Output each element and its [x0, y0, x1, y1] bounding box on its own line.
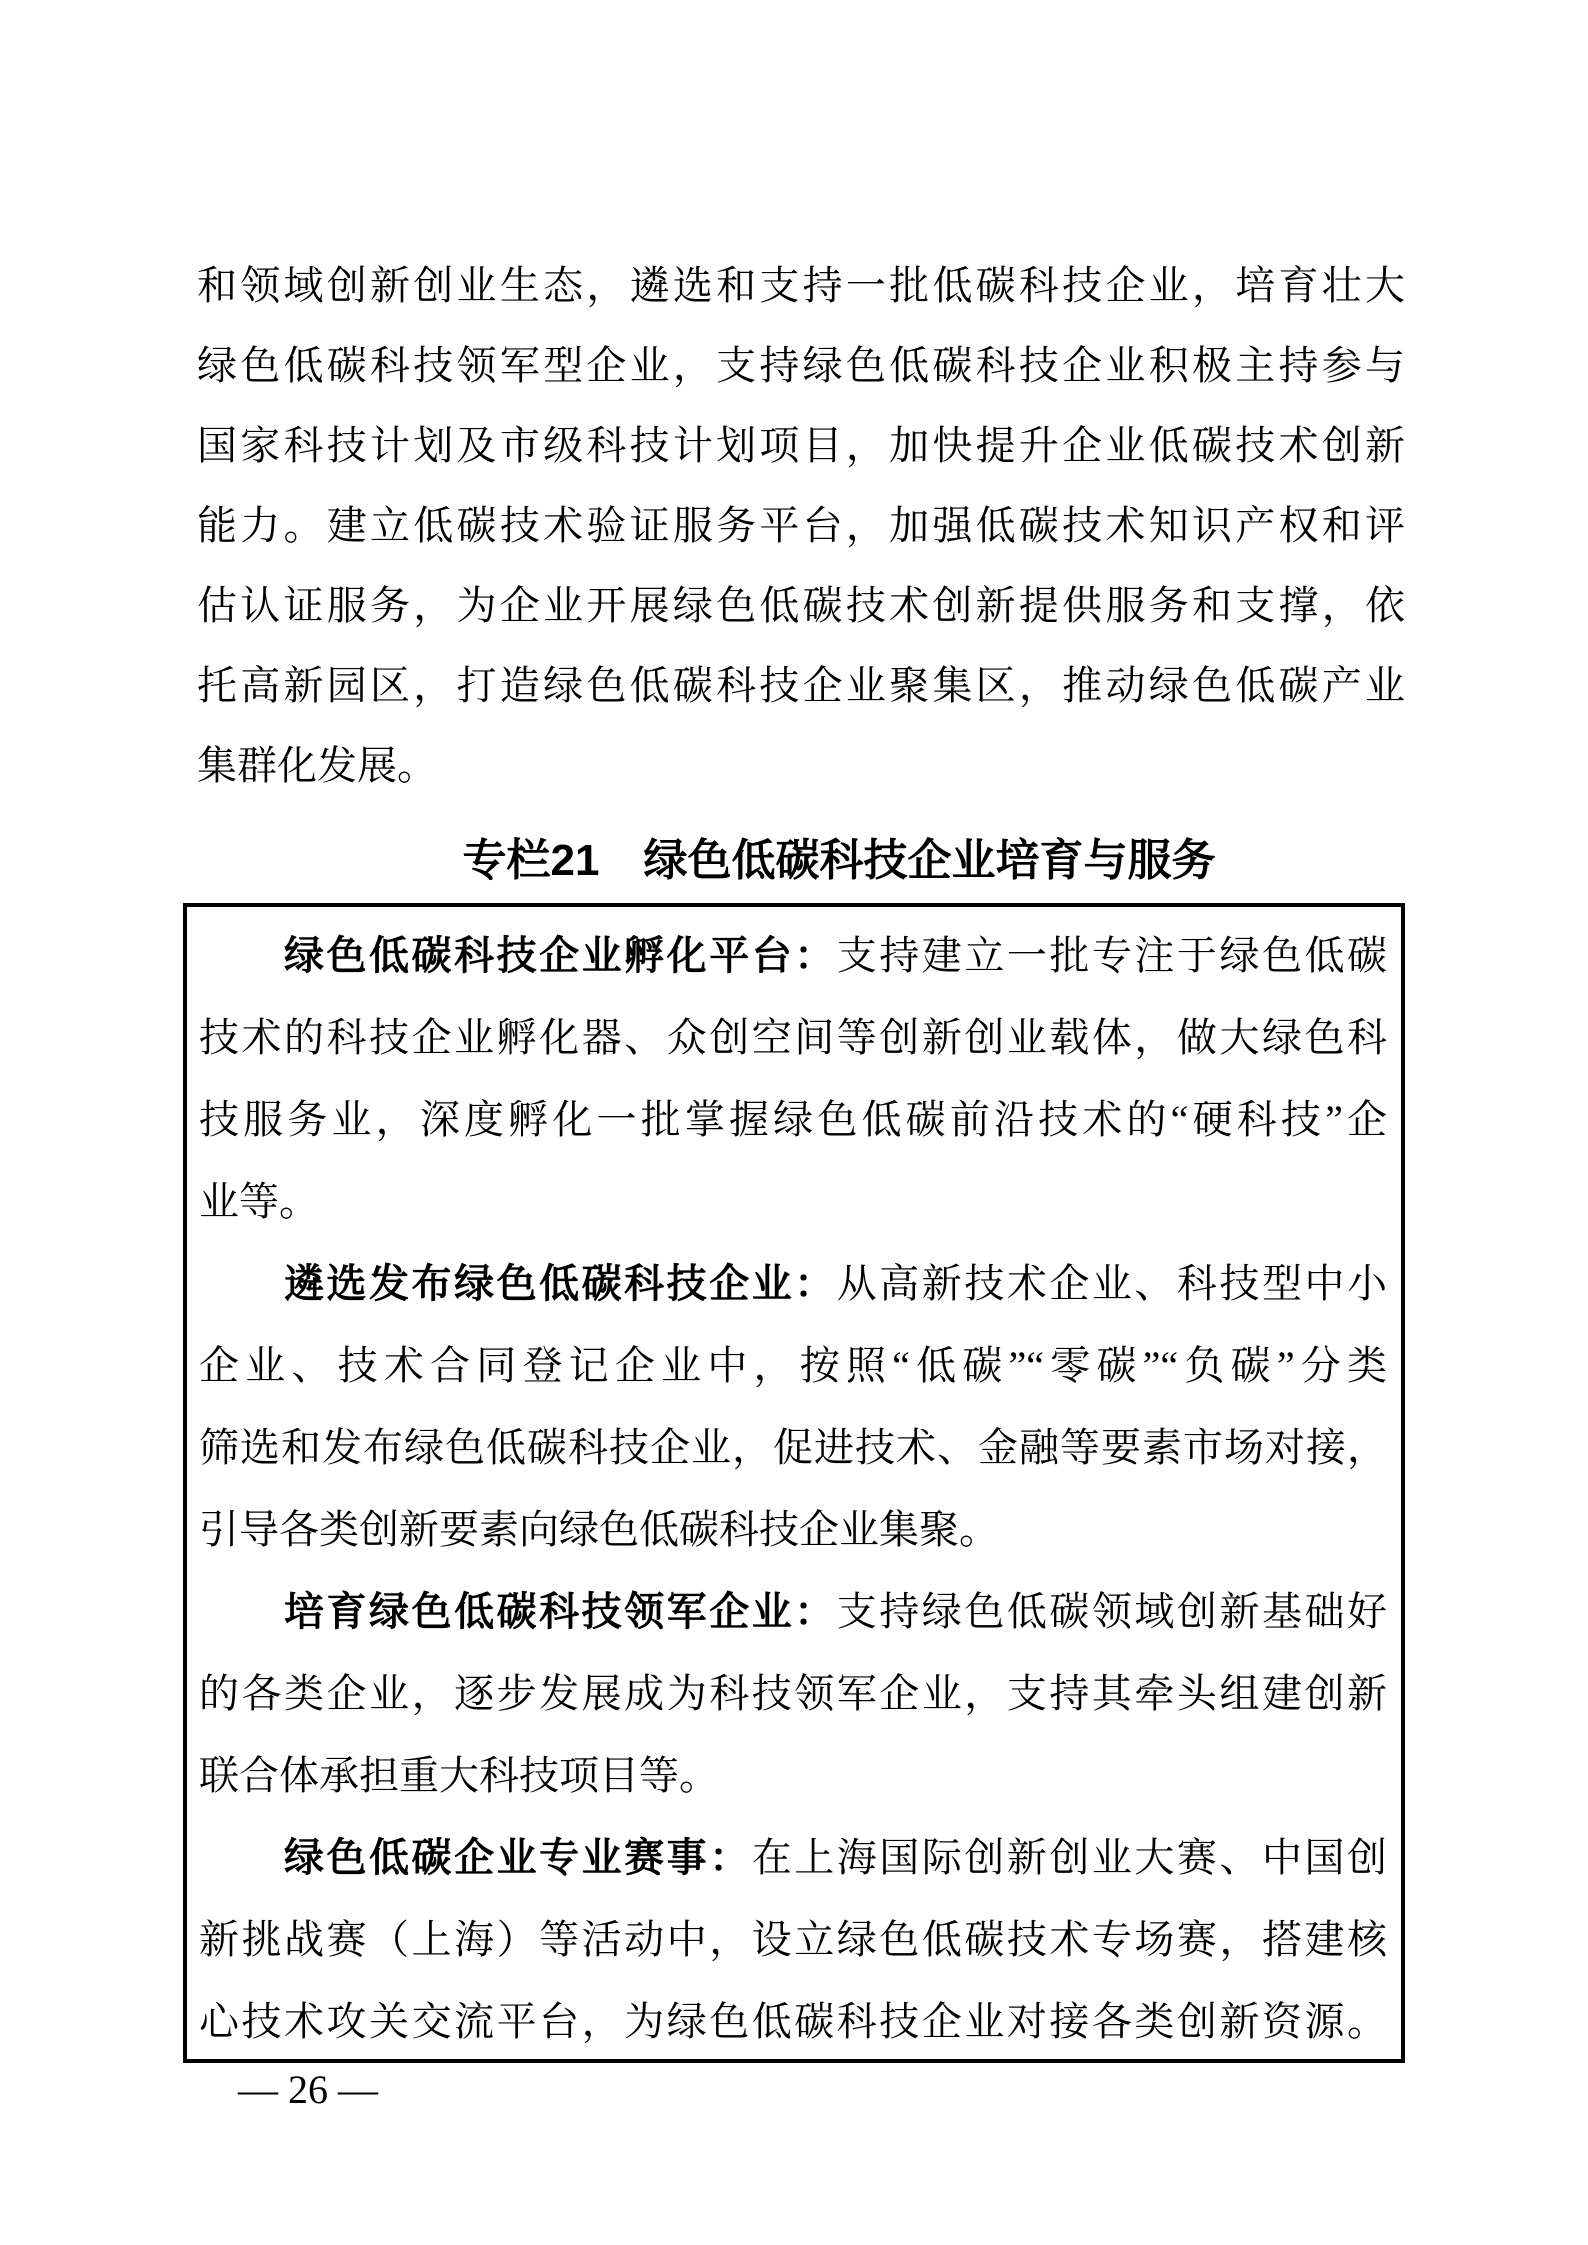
panel-line: 培育绿色低碳科技领军企业：支持绿色低碳领域创新基础好 — [199, 1571, 1387, 1653]
panel-paragraph-lead: 遴选发布绿色低碳科技企业： — [284, 1262, 837, 1306]
panel-line: 联合体承担重大科技项目等。 — [199, 1735, 1387, 1817]
panel-line: 遴选发布绿色低碳科技企业：从高新技术企业、科技型中小 — [199, 1243, 1387, 1325]
body-line: 集群化发展。 — [197, 726, 1405, 806]
panel-line-text: 在上海国际创新创业大赛、中国创 — [752, 1835, 1387, 1880]
panel-line-text: 从高新技术企业、科技型中小 — [837, 1261, 1387, 1306]
panel-line: 筛选和发布绿色低碳科技企业，促进技术、金融等要素市场对接， — [199, 1407, 1387, 1489]
body-line: 能力。建立低碳技术验证服务平台，加强低碳技术知识产权和评 — [197, 486, 1405, 566]
body-line: 国家科技计划及市级科技计划项目，加快提升企业低碳技术创新 — [197, 406, 1405, 486]
body-line: 和领域创新创业生态，遴选和支持一批低碳科技企业，培育壮大 — [197, 246, 1405, 326]
panel-line: 新挑战赛（上海）等活动中，设立绿色低碳技术专场赛，搭建核 — [199, 1899, 1387, 1981]
panel-line: 业等。 — [199, 1161, 1387, 1243]
panel-heading: 专栏21 绿色低碳科技企业培育与服务 — [235, 832, 1443, 890]
panel-line: 心技术攻关交流平台，为绿色低碳科技企业对接各类创新资源。 — [199, 1981, 1387, 2063]
panel-line: 的各类企业，逐步发展成为科技领军企业，支持其牵头组建创新 — [199, 1653, 1387, 1735]
panel-line: 企业、技术合同登记企业中，按照“低碳”“零碳”“负碳”分类 — [199, 1325, 1387, 1407]
panel-line-text: 支持绿色低碳领域创新基础好 — [837, 1589, 1387, 1634]
panel-line: 绿色低碳科技企业孵化平台：支持建立一批专注于绿色低碳 — [199, 915, 1387, 997]
document-page: 和领域创新创业生态，遴选和支持一批低碳科技企业，培育壮大 绿色低碳科技领军型企业… — [0, 0, 1588, 2245]
panel-paragraph-lead: 绿色低碳科技企业孵化平台： — [284, 934, 837, 978]
panel-line-text: 支持建立一批专注于绿色低碳 — [837, 933, 1387, 978]
panel-line: 技服务业，深度孵化一批掌握绿色低碳前沿技术的“硬科技”企 — [199, 1079, 1387, 1161]
body-line: 托高新园区，打造绿色低碳科技企业聚集区，推动绿色低碳产业 — [197, 646, 1405, 726]
panel-line: 技术的科技企业孵化器、众创空间等创新创业载体，做大绿色科 — [199, 997, 1387, 1079]
page-number: — 26 — — [183, 2062, 433, 2118]
panel-line: 绿色低碳企业专业赛事：在上海国际创新创业大赛、中国创 — [199, 1817, 1387, 1899]
panel-box: 绿色低碳科技企业孵化平台：支持建立一批专注于绿色低碳 技术的科技企业孵化器、众创… — [183, 903, 1405, 2063]
panel-paragraph-lead: 培育绿色低碳科技领军企业： — [284, 1590, 837, 1634]
panel-line: 引导各类创新要素向绿色低碳科技企业集聚。 — [199, 1489, 1387, 1571]
panel-paragraph-lead: 绿色低碳企业专业赛事： — [284, 1836, 752, 1880]
body-line: 估认证服务，为企业开展绿色低碳技术创新提供服务和支撑，依 — [197, 566, 1405, 646]
body-paragraph: 和领域创新创业生态，遴选和支持一批低碳科技企业，培育壮大 绿色低碳科技领军型企业… — [197, 246, 1405, 806]
body-line: 绿色低碳科技领军型企业，支持绿色低碳科技企业积极主持参与 — [197, 326, 1405, 406]
